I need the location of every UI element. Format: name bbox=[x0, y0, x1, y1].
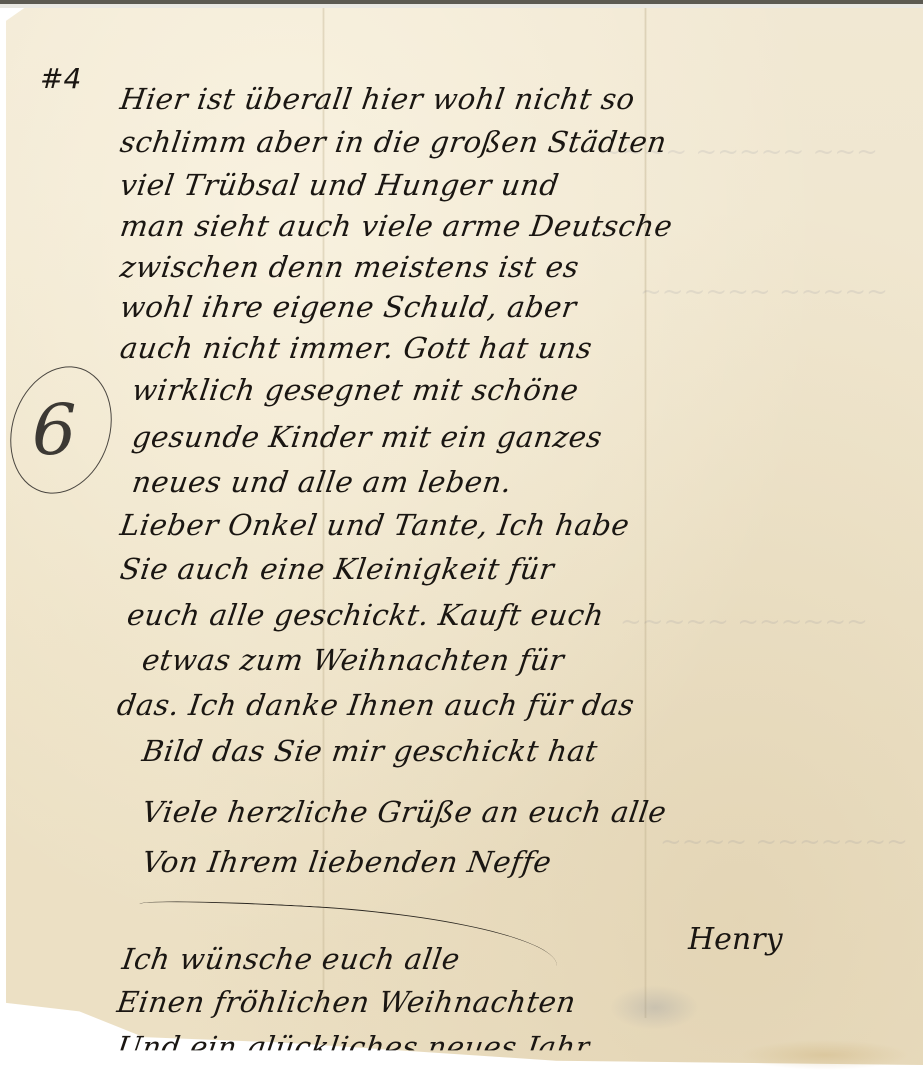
letter-line: Von Ihrem liebenden Neffe bbox=[140, 845, 554, 879]
water-stain bbox=[610, 985, 700, 1030]
postscript-line: Einen fröhlichen Weihnachten bbox=[115, 985, 578, 1019]
letter-line: euch alle geschickt. Kauft euch bbox=[125, 598, 606, 632]
postscript-line-torn: Und ein glückliches neues Jahr bbox=[115, 1030, 592, 1064]
letter-line: neues und alle am leben. bbox=[130, 465, 514, 499]
letter-line: man sieht auch viele arme Deutsche bbox=[118, 209, 675, 243]
letter-line: gesunde Kinder mit ein ganzes bbox=[130, 420, 604, 454]
letter-line: viel Trübsal und Hunger und bbox=[118, 168, 561, 202]
scanner-edge-margin bbox=[0, 4, 923, 8]
archive-number: 6 bbox=[32, 395, 77, 465]
letter-line: Bild das Sie mir geschickt hat bbox=[140, 734, 600, 768]
bleed-through-text: ~~~~~~ ~~~~~ bbox=[640, 270, 888, 314]
letter-line: wohl ihre eigene Schuld, aber bbox=[118, 290, 579, 324]
letter-line: schlimm aber in die großen Städten bbox=[118, 125, 669, 159]
postscript-line: Ich wünsche euch alle bbox=[120, 942, 462, 976]
letter-line: etwas zum Weihnachten für bbox=[140, 643, 566, 677]
letter-line: das. Ich danke Ihnen auch für das bbox=[115, 688, 637, 722]
signature: Henry bbox=[688, 922, 783, 957]
letter-line: wirklich gesegnet mit schöne bbox=[130, 373, 581, 407]
bleed-through-text: ~~~~~ ~~~~~~ bbox=[620, 600, 868, 644]
page-marker: #4 bbox=[40, 62, 81, 95]
age-stain bbox=[740, 1040, 910, 1070]
letter-line: Viele herzliche Grüße an euch alle bbox=[140, 795, 669, 829]
letter-line: Lieber Onkel und Tante, Ich habe bbox=[118, 508, 632, 542]
letter-line: zwischen denn meistens ist es bbox=[118, 250, 581, 284]
scanned-letter: ~~~~ ~~~~~ ~~~ ~~~~~~ ~~~~~ ~~~~~ ~~~~~~… bbox=[0, 0, 923, 1080]
bleed-through-text: ~~~~ ~~~~~~~ bbox=[660, 820, 908, 864]
letter-line: Sie auch eine Kleinigkeit für bbox=[118, 552, 556, 586]
letter-line: auch nicht immer. Gott hat uns bbox=[118, 331, 594, 365]
letter-line: Hier ist überall hier wohl nicht so bbox=[118, 82, 637, 116]
